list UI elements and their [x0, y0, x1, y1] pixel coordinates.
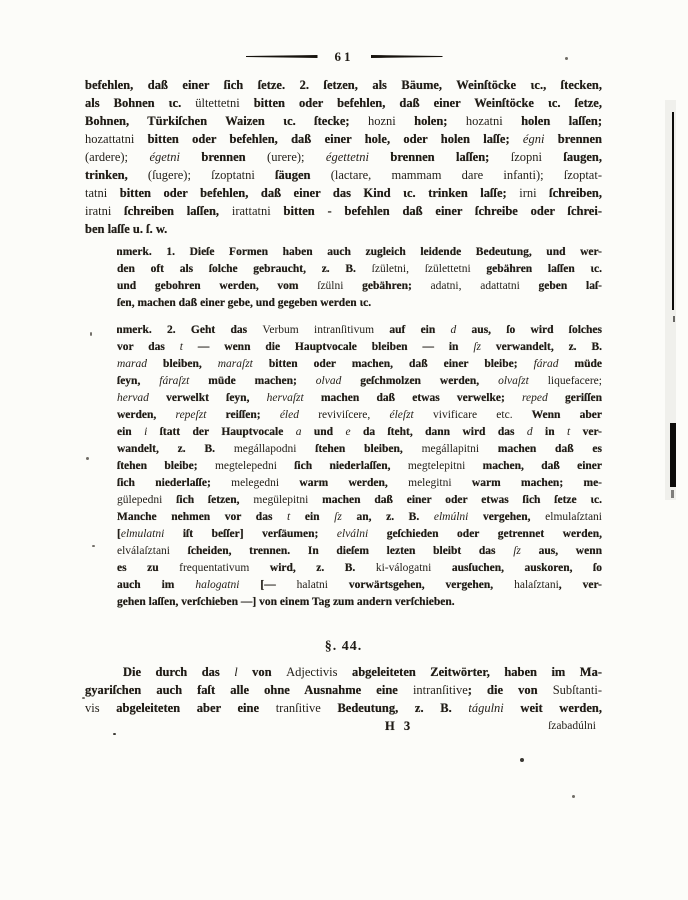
- text-line: ein i ſtatt der Hauptvocale a und e da ſ…: [117, 424, 602, 441]
- scan-speck: [565, 57, 568, 60]
- text-line: tatni bitten oder befehlen, daß einer da…: [85, 184, 602, 202]
- text-line: Die durch das l von Adjectivis abgeleite…: [85, 663, 602, 681]
- remark-2: Anmerk. 2. Geht das Verbum intranſitivum…: [117, 322, 602, 611]
- scan-speck: [572, 795, 575, 798]
- catchword: ſzabadúlni: [548, 717, 596, 735]
- text-line: den oft als ſolche gebraucht, z. B. ſzül…: [117, 261, 602, 278]
- text-line: [elmulatni iſt beſſer] verſäumen; elváln…: [117, 526, 602, 543]
- text-line: werden, repeſzt reiſſen; éled reviviſcer…: [117, 407, 602, 424]
- page-header: 61: [0, 50, 688, 63]
- signature-line: H 3 ſzabadúlni: [85, 717, 602, 735]
- scan-edge-line: [672, 112, 674, 310]
- signature-mark: H 3: [385, 717, 413, 735]
- header-rule-right: [371, 55, 443, 58]
- text-line: elválaſztani ſcheiden, trennen. In dieſe…: [117, 543, 602, 560]
- text-line: iratni ſchreiben laſſen, irattatni bitte…: [85, 202, 602, 220]
- text-line: (ardere); égetni brennen (urere); égette…: [85, 148, 602, 166]
- text-line: hozattatni bitten oder befehlen, daß ein…: [85, 130, 602, 148]
- text-line: auch im halogatni [— halatni vorwärtsgeh…: [117, 577, 602, 594]
- text-line: befehlen, daß einer ſich ſetze. 2. ſetze…: [85, 76, 602, 94]
- remark-1: Anmerk. 1. Dieſe Formen haben auch zugle…: [117, 244, 602, 312]
- text-line: ben laſſe u. ſ. w.: [85, 220, 602, 238]
- text-line: Bohnen, Türkiſchen Waizen ɩc. ſtecke; ho…: [85, 112, 602, 130]
- header-rule-left: [246, 55, 318, 58]
- text-line: hervad verwelkt ſeyn, hervaſzt machen da…: [117, 390, 602, 407]
- scan-speck: [520, 758, 524, 762]
- text-line: gyariſchen auch faſt alle ohne Ausnahme …: [85, 681, 602, 699]
- scan-edge-dash: [673, 316, 675, 322]
- text-line: Anmerk. 1. Dieſe Formen haben auch zugle…: [117, 244, 602, 261]
- scan-edge-dash: [671, 490, 674, 498]
- text-line: gülepedni ſich ſetzen, megülepitni mache…: [117, 492, 602, 509]
- opening-paragraph: befehlen, daß einer ſich ſetze. 2. ſetze…: [85, 76, 602, 238]
- book-page-scan: 61 befehlen, daß einer ſich ſetze. 2. ſe…: [0, 0, 688, 900]
- text-line: es zu frequentativum wird, z. B. ki-válo…: [117, 560, 602, 577]
- scan-speck: [86, 457, 89, 460]
- scan-speck: [92, 545, 95, 547]
- text-line: vor das t — wenn die Hauptvocale bleiben…: [117, 339, 602, 356]
- scan-speck: [90, 332, 92, 336]
- text-line: marad bleiben, maraſzt bitten oder mache…: [117, 356, 602, 373]
- section-paragraph: Die durch das l von Adjectivis abgeleite…: [85, 663, 602, 717]
- scan-speck: [82, 697, 85, 699]
- text-line: als Bohnen ɩc. ültettetni bitten oder be…: [85, 94, 602, 112]
- text-line: ſen, machen daß einer gebe, und gegeben …: [117, 295, 602, 312]
- text-line: trinken, (ſugere); ſzoptatni ſäugen (lac…: [85, 166, 602, 184]
- scan-speck: [113, 733, 116, 735]
- text-line: Anmerk. 2. Geht das Verbum intranſitivum…: [117, 322, 602, 339]
- text-line: ſich niederlaſſe; melegedni warm werden,…: [117, 475, 602, 492]
- page-number: 61: [335, 50, 354, 63]
- scan-edge-mark: [670, 423, 676, 487]
- text-line: ſtehen bleibe; megtelepedni ſich niederl…: [117, 458, 602, 475]
- text-line: und gebohren werden, vom ſzülni gebähren…: [117, 278, 602, 295]
- text-block: befehlen, daß einer ſich ſetze. 2. ſetze…: [85, 76, 602, 735]
- section-heading: §. 44.: [85, 637, 602, 657]
- text-line: ſeyn, fáraſzt müde machen; olvad geſchmo…: [117, 373, 602, 390]
- text-line: wandelt, z. B. megállapodni ſtehen bleib…: [117, 441, 602, 458]
- text-line: gehen laſſen, verſchieben —] von einem T…: [117, 594, 602, 611]
- text-line: vis abgeleiteten aber eine tranſitive Be…: [85, 699, 602, 717]
- text-line: Manche nehmen vor das t ein ſz an, z. B.…: [117, 509, 602, 526]
